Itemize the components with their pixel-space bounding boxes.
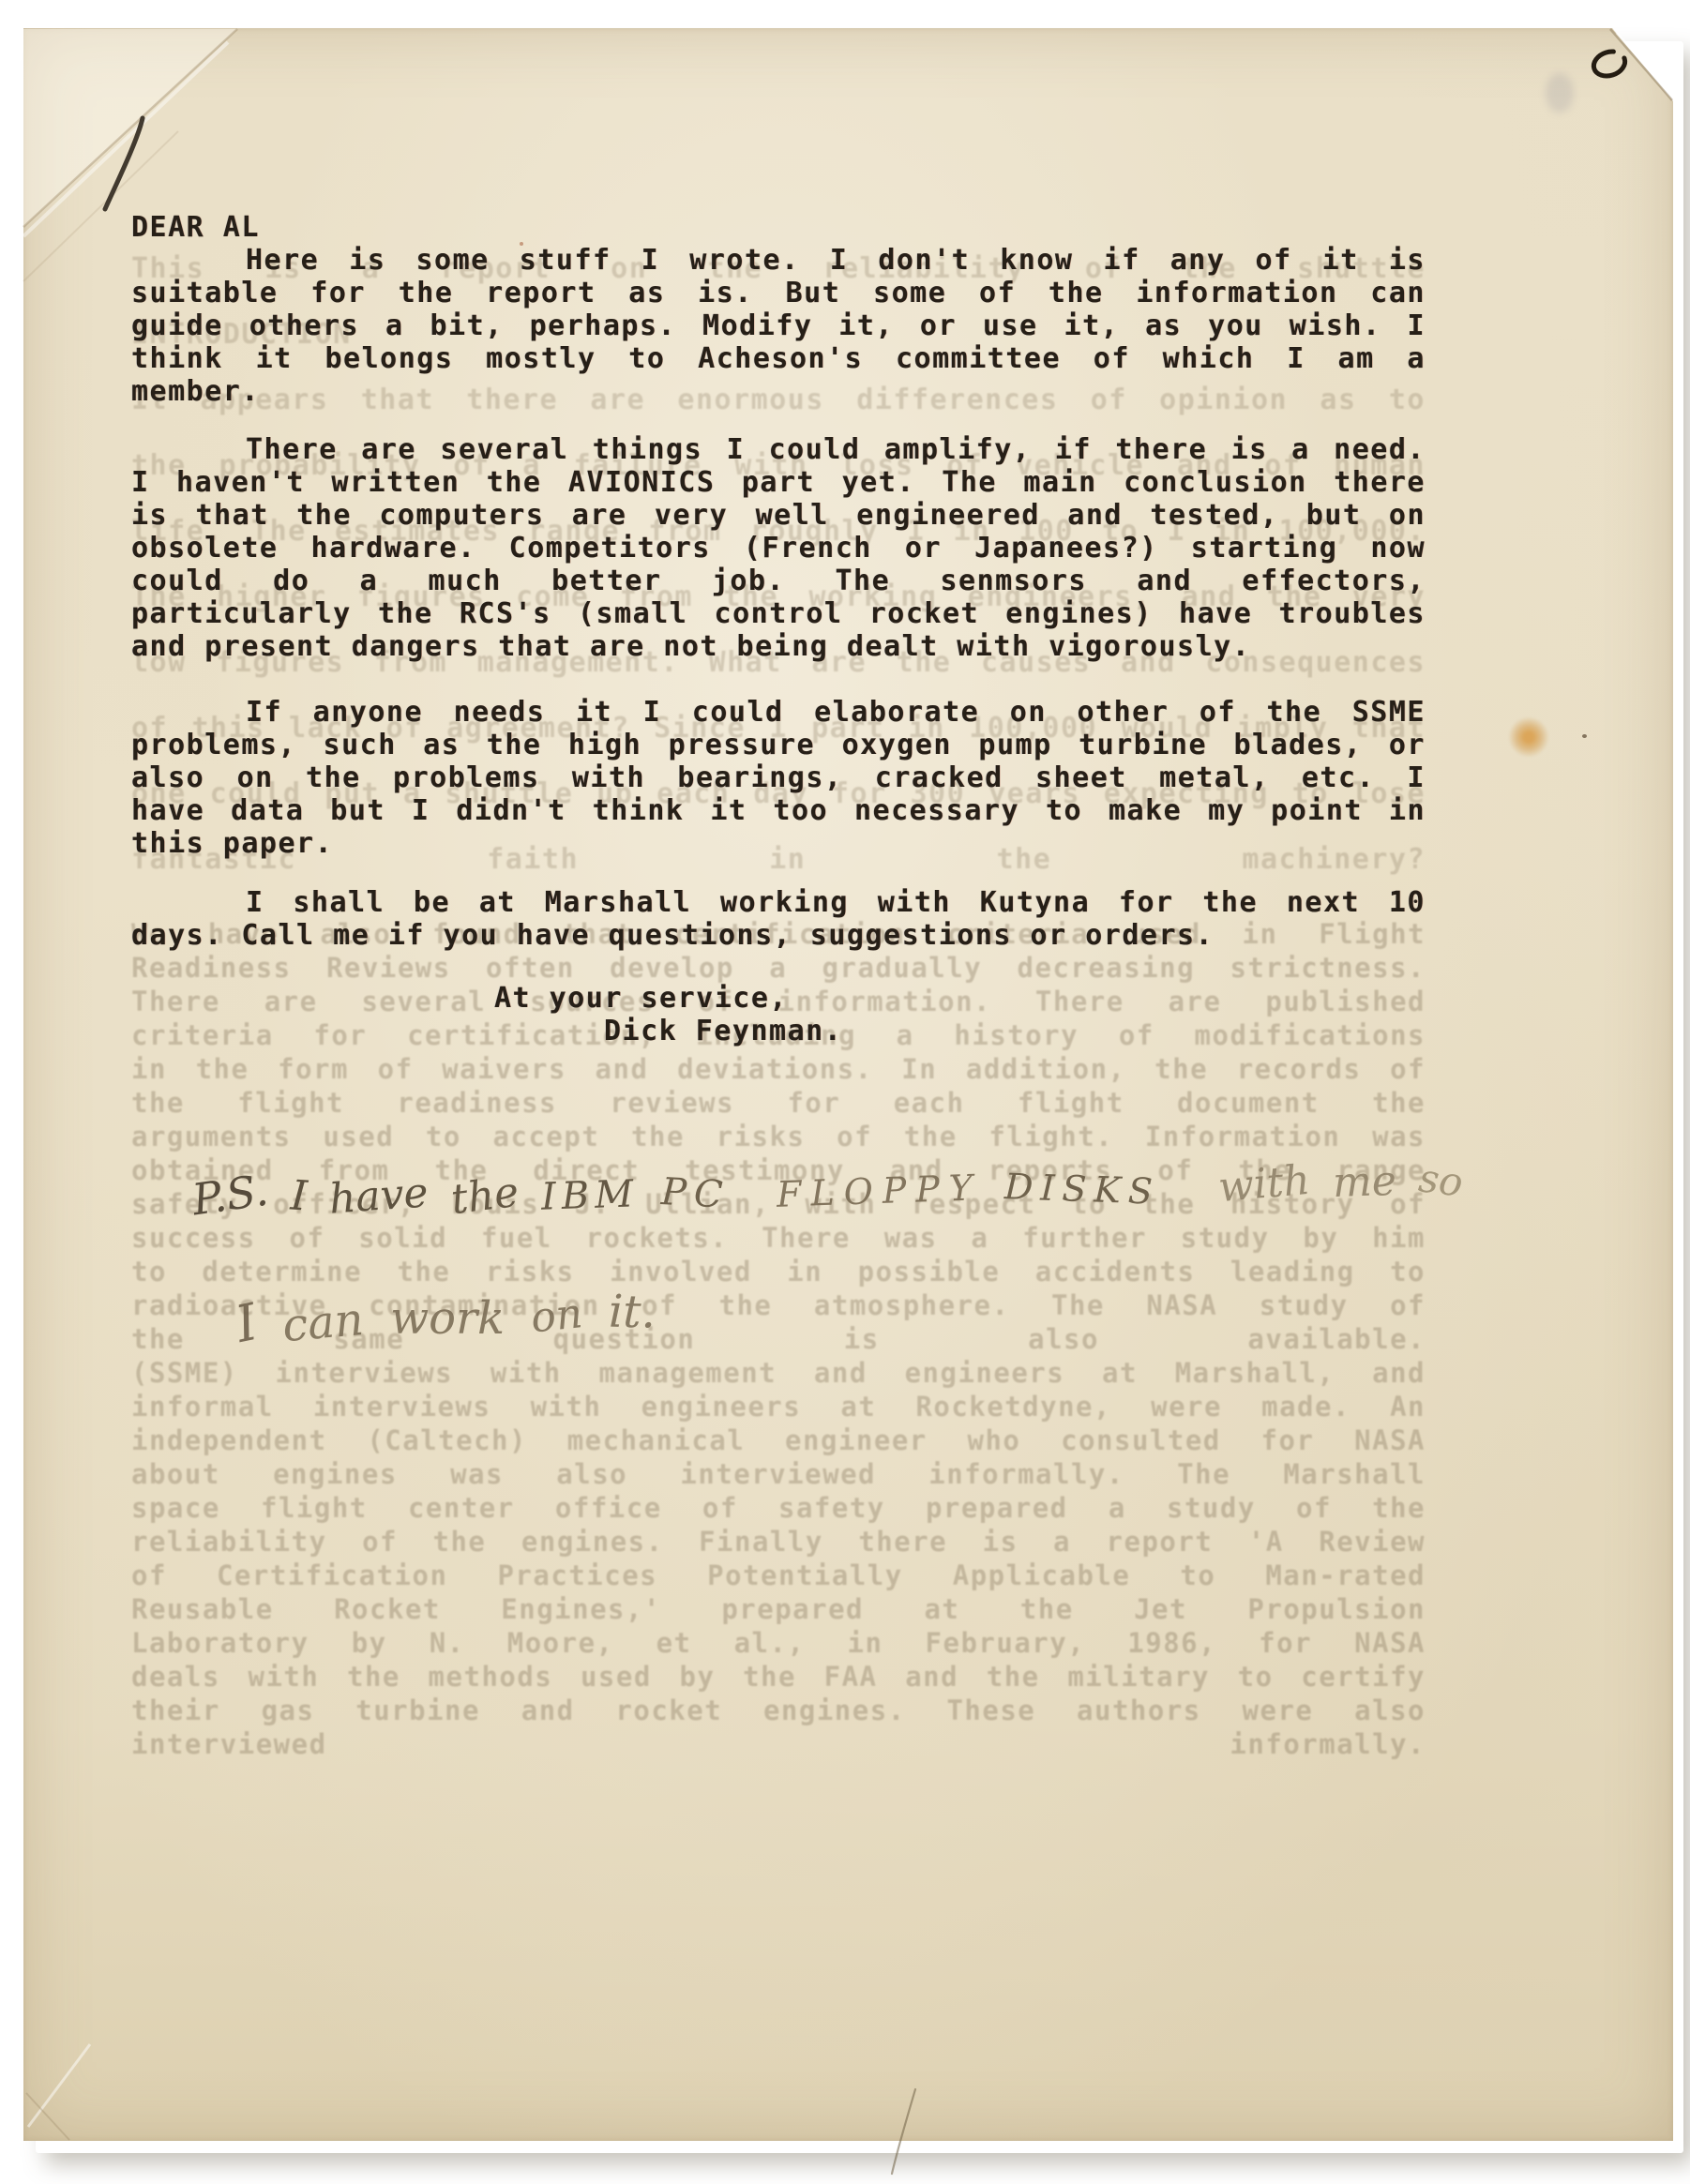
handwritten-word: it. <box>608 1286 656 1339</box>
salutation: DEAR AL <box>131 211 1426 244</box>
text-line: to determine the risks involved in possi… <box>131 1255 1426 1288</box>
handwritten-word: with <box>1216 1156 1312 1212</box>
paragraph-4: I shall be at Marshall working with Kuty… <box>131 886 1426 952</box>
scanned-letter-page: This is a report on the reliability of t… <box>0 0 1690 2184</box>
text-line: independent (Caltech) mechanical enginee… <box>131 1423 1426 1457</box>
text-line: reliability of the engines. Finally ther… <box>131 1525 1426 1559</box>
text-line: also on the problems with bearings, crac… <box>131 761 1426 794</box>
handwritten-word: I <box>289 1171 309 1220</box>
text-line: days. Call me if you have questions, sug… <box>131 919 1426 952</box>
handwritten-word: FLOPPY <box>777 1167 983 1215</box>
handwritten-word: have <box>327 1168 430 1223</box>
text-line: suitable for the report as is. But some … <box>131 277 1426 309</box>
handwritten-word: work <box>390 1292 505 1345</box>
text-line: I haven't written the AVIONICS part yet.… <box>131 466 1426 499</box>
text-line: have data but I didn't think it too nece… <box>131 794 1426 827</box>
text-line: deals with the methods used by the FAA a… <box>131 1660 1426 1694</box>
text-line: is that the computers are very well engi… <box>131 499 1426 532</box>
text-line: I shall be at Marshall working with Kuty… <box>131 886 1426 919</box>
closing-line: At your service, <box>494 982 1426 1015</box>
handwritten-word: me <box>1332 1157 1397 1207</box>
handwritten-word: can <box>280 1293 366 1352</box>
text-line: There are several things I could amplify… <box>131 433 1426 466</box>
text-line: space flight center office of safety pre… <box>131 1491 1426 1525</box>
handwritten-word: on <box>528 1289 584 1342</box>
handwritten-word: IBM <box>540 1172 640 1219</box>
text-line: arguments used to accept the risks of th… <box>131 1120 1426 1153</box>
handwritten-word: so <box>1416 1154 1465 1205</box>
text-line: could do a much better job. The senmsors… <box>131 565 1426 597</box>
text-line: informal interviews with engineers at Ro… <box>131 1390 1426 1423</box>
handwritten-word: DISKS <box>1004 1166 1161 1212</box>
text-line: member. <box>131 375 1426 408</box>
handwritten-word: the <box>448 1168 521 1224</box>
handwritten-word: P.S. <box>189 1165 271 1226</box>
text-line: obsolete hardware. Competitors (French o… <box>131 532 1426 565</box>
text-line: about engines was also interviewed infor… <box>131 1457 1426 1491</box>
signature-name: Dick Feynman. <box>604 1015 1426 1047</box>
text-line: their gas turbine and rocket engines. Th… <box>131 1694 1426 1727</box>
text-line: and present dangers that are not being d… <box>131 630 1426 663</box>
paragraph-1: Here is some stuff I wrote. I don't know… <box>131 244 1426 408</box>
text-line: (SSME) interviews with management and en… <box>131 1356 1426 1390</box>
text-line: particularly the RCS's (small control ro… <box>131 597 1426 630</box>
text-line: think it belongs mostly to Acheson's com… <box>131 342 1426 375</box>
handwritten-word: PC <box>660 1170 732 1217</box>
text-line: the flight readiness reviews for each fl… <box>131 1086 1426 1120</box>
postscript-line-1: P.S. I have the IBM PC FLOPPY DISKS with… <box>192 1169 1463 1220</box>
text-line: success of solid fuel rockets. There was… <box>131 1221 1426 1255</box>
text-line: Reusable Rocket Engines,' prepared at th… <box>131 1592 1426 1626</box>
text-line: If anyone needs it I could elaborate on … <box>131 696 1426 729</box>
text-line: of Certification Practices Potentially A… <box>131 1559 1426 1592</box>
text-line: problems, such as the high pressure oxyg… <box>131 729 1426 761</box>
signature-block: At your service, Dick Feynman. <box>131 982 1426 1047</box>
paragraph-3: If anyone needs it I could elaborate on … <box>131 696 1426 860</box>
letter-body: DEAR AL Here is some stuff I wrote. I do… <box>131 211 1426 1047</box>
text-line: interviewed informally. <box>131 1727 1426 1761</box>
text-line: in the form of waivers and deviations. I… <box>131 1052 1426 1086</box>
text-line: guide others a bit, perhaps. Modify it, … <box>131 309 1426 342</box>
text-line: Here is some stuff I wrote. I don't know… <box>131 244 1426 277</box>
text-line: this paper. <box>131 827 1426 860</box>
text-line: Laboratory by N. Moore, et al., in Febru… <box>131 1626 1426 1660</box>
paragraph-2: There are several things I could amplify… <box>131 433 1426 663</box>
